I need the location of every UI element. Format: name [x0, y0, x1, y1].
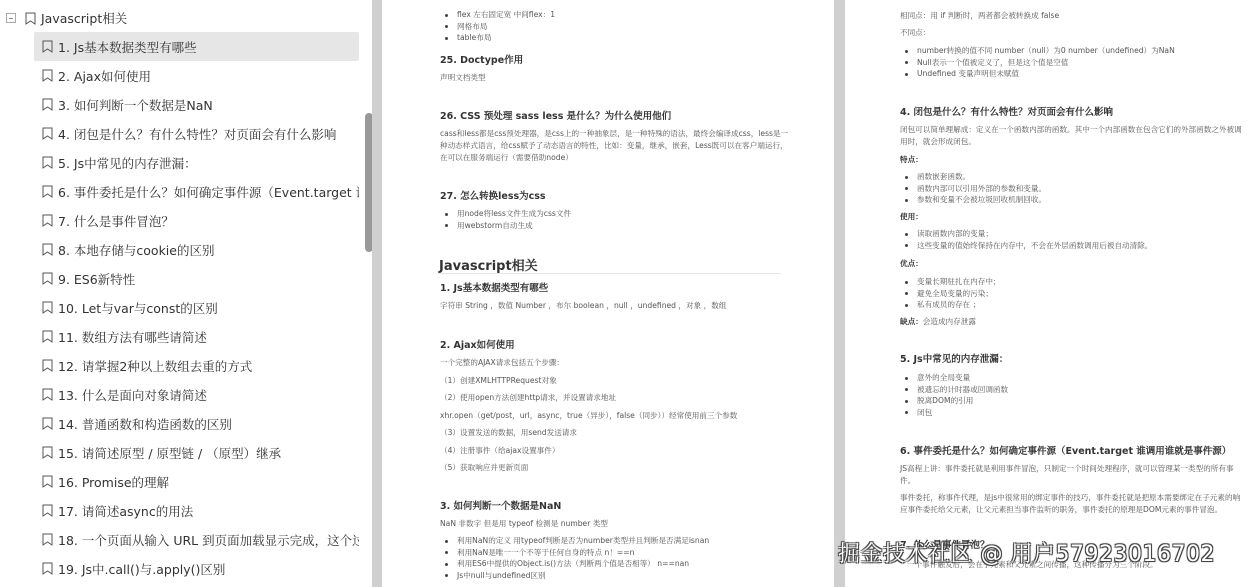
- list-item: 网格布局: [440, 21, 555, 33]
- list-item: 这些变量的值始终保持在内存中，不会在外层函数调用后被自动清除。: [900, 240, 1152, 252]
- bullet-list: 意外的全局变量 被遗忘的计时器或回调函数 脱离DOM的引用 闭包: [900, 372, 1008, 418]
- paragraph-line: （1）创建XMLHTTPRequest对象: [440, 375, 557, 387]
- outline-item-15[interactable]: 15. 请简述原型 / 原型链 / （原型）继承: [34, 438, 359, 467]
- section-heading: 5. Js中常见的内存泄漏：: [900, 351, 1008, 365]
- outline-sidebar: Javascript相关 1. Js基本数据类型有哪些 2. Ajax如何使用 …: [0, 0, 372, 587]
- outline-item-label: 17. 请简述async的用法: [58, 502, 193, 520]
- label-text: 优点: [900, 259, 915, 268]
- paragraph: NaN 非数字 但是用 typeof 检测是 number 类型: [440, 518, 608, 530]
- outline-item-label: 6. 事件委托是什么？如何确定事件源（Event.target 谁: [58, 183, 359, 201]
- list-item: 利用NaN是唯一一个不等于任何自身的特点 n！==n: [440, 547, 709, 559]
- bookmark-icon: [42, 533, 53, 546]
- section-heading: 3. 如何判断一个数据是NaN: [440, 498, 561, 512]
- section-heading: 25. Doctype作用: [440, 52, 523, 66]
- bullet-list: 用node将less文件生成为css文件 用webstorm自动生成: [440, 208, 571, 231]
- outline-item-10[interactable]: 10. Let与var与const的区别: [34, 293, 359, 322]
- list-item: 避免全局变量的污染；: [900, 288, 1001, 300]
- outline-item-label: 13. 什么是面向对象请简述: [58, 386, 207, 404]
- paragraph: 声明文档类型: [440, 72, 486, 84]
- cons-text: 会造成内存泄露: [923, 317, 976, 326]
- bookmark-icon: [42, 156, 53, 169]
- paragraph-line: JS高程上讲：事件委托就是利用事件冒泡，只制定一个时间处理程序，就可以管理某一类…: [900, 463, 1234, 475]
- list-item: 函数内部可以引用外部的参数和变量。: [900, 183, 1046, 195]
- paragraph: 字符串 String ，数值 Number ，布尔 boolean ，null …: [440, 300, 726, 312]
- outline-item-label: 18. 一个页面从输入 URL 到页面加载显示完成，这个过: [58, 531, 359, 549]
- outline-item-label: 16. Promise的理解: [58, 473, 169, 491]
- list-item: number转换的值不同 number（null）为0 number（undef…: [900, 45, 1175, 57]
- bullet-list: 读取函数内部的变量； 这些变量的值始终保持在内存中，不会在外层函数调用后被自动清…: [900, 228, 1152, 251]
- outline-item-label: 10. Let与var与const的区别: [58, 299, 218, 317]
- document-viewer[interactable]: flex 左右固定宽 中间flex：1 网格布局 table布局 25. Doc…: [372, 0, 1247, 587]
- bookmark-icon: [42, 388, 53, 401]
- outline-item-1[interactable]: 1. Js基本数据类型有哪些: [34, 32, 359, 61]
- outline-item-13[interactable]: 13. 什么是面向对象请简述: [34, 380, 359, 409]
- section-heading: 27. 怎么转换less为css: [440, 188, 546, 202]
- paragraph: 不同点：: [900, 27, 930, 39]
- outline-item-6[interactable]: 6. 事件委托是什么？如何确定事件源（Event.target 谁: [34, 177, 359, 206]
- outline-item-7[interactable]: 7. 什么是事件冒泡？: [34, 206, 359, 235]
- paragraph: 相同点：用 if 判断时，两者都会被转换成 false: [900, 10, 1059, 22]
- paragraph-line: 闭包可以简单理解成：定义在一个函数内部的函数。其中一个内部函数在包含它们的外部函…: [900, 124, 1242, 136]
- paragraph-line: 应事件委托给父元素，让父元素担当事件监听的职务，事件委托的原理是DOM元素的事件…: [900, 504, 1222, 516]
- outline-item-3[interactable]: 3. 如何判断一个数据是NaN: [34, 90, 359, 119]
- section-heading: 6. 事件委托是什么？如何确定事件源（Event.target 谁调用谁就是事件…: [900, 443, 1231, 457]
- list-item: Js中null与undefined区别: [440, 570, 709, 582]
- outline-list: 1. Js基本数据类型有哪些 2. Ajax如何使用 3. 如何判断一个数据是N…: [34, 32, 359, 583]
- bookmark-icon: [42, 475, 53, 488]
- bullet-list: number转换的值不同 number（null）为0 number（undef…: [900, 45, 1175, 80]
- bookmark-icon: [42, 359, 53, 372]
- outline-item-label: 19. Js中.call()与.apply()区别: [58, 560, 225, 578]
- list-item: 意外的全局变量: [900, 372, 1008, 384]
- outline-item-label: 4. 闭包是什么？有什么特性？对页面会有什么影响: [58, 125, 336, 143]
- chapter-heading: Javascript相关: [439, 255, 538, 274]
- bookmark-icon: [42, 214, 53, 227]
- bookmark-icon: [42, 301, 53, 314]
- list-item: 被遗忘的计时器或回调函数: [900, 384, 1008, 396]
- list-item: table布局: [440, 32, 555, 44]
- list-item: Undefined 变量声明但未赋值: [900, 68, 1175, 80]
- list-item: 参数和变量不会被垃圾回收机制回收。: [900, 194, 1046, 206]
- outline-item-12[interactable]: 12. 请掌握2种以上数组去重的方式: [34, 351, 359, 380]
- outline-item-label: 5. Js中常见的内存泄漏：: [58, 154, 197, 172]
- paragraph-line: （3）设置发送的数据，用send发送请求: [440, 427, 577, 439]
- list-item: 函数嵌套函数。: [900, 171, 1046, 183]
- paragraph-line: xhr.open（get/post，url，async，true（异步），fal…: [440, 410, 737, 422]
- cons-line: 缺点：会造成内存泄露: [900, 316, 976, 328]
- label-features: 特点：: [900, 154, 923, 166]
- bookmark-icon: [42, 417, 53, 430]
- paragraph-line: 在可以在服务端运行（需要借助node）: [440, 152, 573, 164]
- outline-item-label: 1. Js基本数据类型有哪些: [58, 38, 197, 56]
- list-item: 利用NaN的定义 用typeof判断是否为number类型并且判断是否满足isn…: [440, 535, 709, 547]
- outline-item-5[interactable]: 5. Js中常见的内存泄漏：: [34, 148, 359, 177]
- outline-item-label: 3. 如何判断一个数据是NaN: [58, 96, 213, 114]
- bookmark-icon: [42, 272, 53, 285]
- outline-item-label: 9. ES6新特性: [58, 270, 135, 288]
- bullet-list: 利用NaN的定义 用typeof判断是否为number类型并且判断是否满足isn…: [440, 535, 709, 581]
- bookmark-icon: [42, 127, 53, 140]
- list-item: flex 左右固定宽 中间flex：1: [440, 9, 555, 21]
- paragraph-line: （5）获取响应并更新页面: [440, 462, 528, 474]
- bookmark-icon: [42, 185, 53, 198]
- outline-root-javascript[interactable]: Javascript相关: [6, 8, 127, 28]
- paragraph-line: （2）使用open方法创建http请求，并设置请求地址: [440, 392, 616, 404]
- paragraph-line: cass和less都是css预处理器，是css上的一种抽象层，是一种特殊的语法，…: [440, 128, 788, 140]
- document-page: flex 左右固定宽 中间flex：1 网格布局 table布局 25. Doc…: [382, 0, 834, 587]
- paragraph-line: 种动态样式语言，给css赋予了动态语言的特性，比如：变量，继承，嵌套，Less既…: [440, 140, 788, 152]
- outline-item-17[interactable]: 17. 请简述async的用法: [34, 496, 359, 525]
- outline-item-label: 7. 什么是事件冒泡？: [58, 212, 174, 230]
- bullet-list: 函数嵌套函数。 函数内部可以引用外部的参数和变量。 参数和变量不会被垃圾回收机制…: [900, 171, 1046, 206]
- outline-item-label: 11. 数组方法有哪些请简述: [58, 328, 207, 346]
- bookmark-icon: [25, 12, 36, 25]
- outline-item-18[interactable]: 18. 一个页面从输入 URL 到页面加载显示完成，这个过: [34, 525, 359, 554]
- outline-item-label: 12. 请掌握2种以上数组去重的方式: [58, 357, 252, 375]
- watermark: 掘金技术社区 @ 用户57923016702: [838, 537, 1215, 568]
- collapse-toggle-icon[interactable]: [6, 13, 16, 23]
- outline-item-19[interactable]: 19. Js中.call()与.apply()区别: [34, 554, 359, 583]
- section-heading: 1. Js基本数据类型有哪些: [440, 280, 548, 294]
- label-use: 使用：: [900, 211, 923, 223]
- bookmark-icon: [42, 330, 53, 343]
- outline-item-label: 2. Ajax如何使用: [58, 67, 151, 85]
- label-pros: 优点：: [900, 258, 923, 270]
- list-item: 私有成员的存在 ；: [900, 299, 1001, 311]
- layout-bullet-list: flex 左右固定宽 中间flex：1 网格布局 table布局: [440, 9, 555, 44]
- outline-item-label: 15. 请简述原型 / 原型链 / （原型）继承: [58, 444, 281, 462]
- document-page: 相同点：用 if 判断时，两者都会被转换成 false 不同点： number转…: [845, 0, 1247, 587]
- paragraph-line: 一个完整的AJAX请求包括五个步骤：: [440, 357, 564, 369]
- list-item: 用webstorm自动生成: [440, 220, 571, 232]
- paragraph-line: （4）注册事件（给ajax设置事件）: [440, 445, 559, 457]
- bookmark-icon: [42, 504, 53, 517]
- bookmark-icon: [42, 562, 53, 575]
- label-text: 特点: [900, 155, 915, 164]
- outline-item-16[interactable]: 16. Promise的理解: [34, 467, 359, 496]
- sidebar-scrollbar-thumb[interactable]: [365, 113, 372, 252]
- section-heading: 4. 闭包是什么？有什么特性？对页面会有什么影响: [900, 104, 1113, 118]
- list-item: 利用ES6中提供的Object.is()方法（判断两个值是否相等） n==nan: [440, 558, 709, 570]
- list-item: 用node将less文件生成为css文件: [440, 208, 571, 220]
- bookmark-icon: [42, 69, 53, 82]
- outline-item-14[interactable]: 14. 普通函数和构造函数的区别: [34, 409, 359, 438]
- list-item: 读取函数内部的变量；: [900, 228, 1152, 240]
- paragraph-line: 事件委托，称事件代理，是js中很常用的绑定事件的技巧，事件委托就是把原本需要绑定…: [900, 492, 1240, 504]
- bookmark-icon: [42, 98, 53, 111]
- label-text: 缺点: [900, 317, 915, 326]
- section-heading: 26. CSS 预处理 sass less 是什么？为什么使用他们: [440, 108, 671, 122]
- bookmark-icon: [42, 40, 53, 53]
- bookmark-icon: [42, 446, 53, 459]
- outline-item-11[interactable]: 11. 数组方法有哪些请简述: [34, 322, 359, 351]
- bullet-list: 变量长期驻扎在内存中； 避免全局变量的污染； 私有成员的存在 ；: [900, 276, 1001, 311]
- outline-item-9[interactable]: 9. ES6新特性: [34, 264, 359, 293]
- outline-item-label: 8. 本地存储与cookie的区别: [58, 241, 214, 259]
- heading-rule: [439, 273, 781, 274]
- bookmark-icon: [42, 243, 53, 256]
- outline-item-2[interactable]: 2. Ajax如何使用: [34, 61, 359, 90]
- list-item: Null表示一个值被定义了，但是这个值是空值: [900, 57, 1175, 69]
- label-text: 使用: [900, 212, 915, 221]
- outline-item-8[interactable]: 8. 本地存储与cookie的区别: [34, 235, 359, 264]
- sidebar-scrollbar-track[interactable]: [363, 0, 372, 587]
- outline-root-label: Javascript相关: [41, 9, 127, 27]
- paragraph-line: 用时，就会形成闭包。: [900, 136, 976, 148]
- paragraph-line: 件。: [900, 475, 915, 487]
- list-item: 闭包: [900, 407, 1008, 419]
- list-item: 变量长期驻扎在内存中；: [900, 276, 1001, 288]
- section-heading: 2. Ajax如何使用: [440, 337, 515, 351]
- list-item: 脱离DOM的引用: [900, 395, 1008, 407]
- outline-item-4[interactable]: 4. 闭包是什么？有什么特性？对页面会有什么影响: [34, 119, 359, 148]
- outline-item-label: 14. 普通函数和构造函数的区别: [58, 415, 232, 433]
